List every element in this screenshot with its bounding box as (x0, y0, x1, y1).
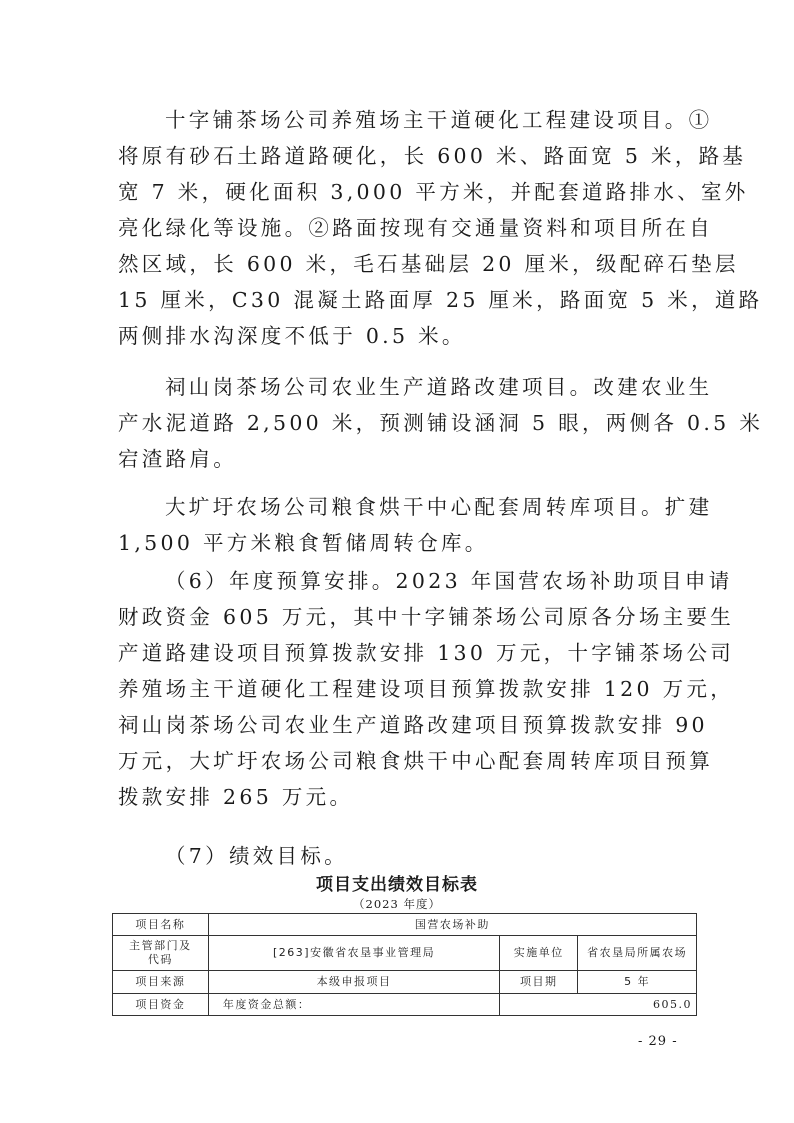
text-line: 祠山岗茶场公司农业生产道路改建项目预算拨款安排 90 (118, 707, 674, 743)
table-row-source: 项目来源 本级申报项目 项目期 5 年 (113, 971, 697, 994)
table-title: 项目支出绩效目标表 (0, 870, 794, 895)
text-line: 拨款安排 265 万元。 (118, 779, 674, 815)
cell-label: 项目来源 (113, 971, 209, 994)
text-line: 祠山岗茶场公司农业生产道路改建项目。改建农业生 (118, 369, 674, 405)
performance-goal-table: 项目名称 国营农场补助 主管部门及 代码 [263]安徽省农垦事业管理局 实施单… (112, 913, 697, 1016)
page-number: - 29 - (638, 1034, 678, 1049)
table-row-funds: 项目资金 年度资金总额： 605.0 (113, 994, 697, 1016)
cell-label: 主管部门及 代码 (113, 936, 209, 971)
text-line: 财政资金 605 万元，其中十字铺茶场公司原各分场主要生 (118, 599, 674, 635)
text-line: 1,500 平方米粮食暂储周转仓库。 (118, 525, 674, 561)
label-line: 主管部门及 (117, 939, 204, 953)
text-line: 宕渣路肩。 (118, 441, 674, 477)
text-line: 产道路建设项目预算拨款安排 130 万元，十字铺茶场公司 (118, 635, 674, 671)
table-subtitle: （2023 年度） (0, 896, 794, 912)
text-line: 养殖场主干道硬化工程建设项目预算拨款安排 120 万元， (118, 671, 674, 707)
paragraph-annual-budget: （6）年度预算安排。2023 年国营农场补助项目申请 财政资金 605 万元，其… (118, 563, 674, 815)
cell-label: 项目资金 (113, 994, 209, 1016)
paragraph-dakuangyu-warehouse: 大圹圩农场公司粮食烘干中心配套周转库项目。扩建 1,500 平方米粮食暂储周转仓… (118, 489, 674, 561)
cell-total-label: 年度资金总额： (208, 994, 499, 1016)
table-row-department: 主管部门及 代码 [263]安徽省农垦事业管理局 实施单位 省农垦局所属农场 (113, 936, 697, 971)
paragraph-shizipu-main-road: 十字铺茶场公司养殖场主干道硬化工程建设项目。① 将原有砂石土路道路硬化，长 60… (118, 102, 674, 354)
cell-value: 国营农场补助 (208, 914, 696, 936)
cell-total-value: 605.0 (500, 994, 697, 1016)
table-row-project-name: 项目名称 国营农场补助 (113, 914, 697, 936)
text-line: 亮化绿化等设施。②路面按现有交通量资料和项目所在自 (118, 210, 674, 246)
cell-label: 项目期 (500, 971, 578, 994)
text-line: 然区域，长 600 米，毛石基础层 20 厘米，级配碎石垫层 (118, 246, 674, 282)
text-line: 宽 7 米，硬化面积 3,000 平方米，并配套道路排水、室外 (118, 174, 674, 210)
document-page: 十字铺茶场公司养殖场主干道硬化工程建设项目。① 将原有砂石土路道路硬化，长 60… (0, 0, 794, 1123)
text-line: 产水泥道路 2,500 米，预测铺设涵洞 5 眼，两侧各 0.5 米 (118, 405, 674, 441)
text-line: 两侧排水沟深度不低于 0.5 米。 (118, 318, 674, 354)
text-line: （6）年度预算安排。2023 年国营农场补助项目申请 (118, 563, 674, 599)
paragraph-performance-goals: （7）绩效目标。 (118, 838, 674, 874)
text-line: 大圹圩农场公司粮食烘干中心配套周转库项目。扩建 (118, 489, 674, 525)
cell-value: 本级申报项目 (208, 971, 499, 994)
cell-value: 5 年 (578, 971, 697, 994)
cell-label: 项目名称 (113, 914, 209, 936)
cell-label: 实施单位 (500, 936, 578, 971)
text-line: 十字铺茶场公司养殖场主干道硬化工程建设项目。① (118, 102, 674, 138)
text-line: 万元，大圹圩农场公司粮食烘干中心配套周转库项目预算 (118, 743, 674, 779)
label-line: 代码 (117, 953, 204, 967)
text-line: 将原有砂石土路道路硬化，长 600 米、路面宽 5 米，路基 (118, 138, 674, 174)
text-line: （7）绩效目标。 (118, 838, 674, 874)
cell-value: [263]安徽省农垦事业管理局 (208, 936, 499, 971)
cell-value: 省农垦局所属农场 (578, 936, 697, 971)
text-line: 15 厘米，C30 混凝土路面厚 25 厘米，路面宽 5 米，道路 (118, 282, 674, 318)
paragraph-cishangang-road: 祠山岗茶场公司农业生产道路改建项目。改建农业生 产水泥道路 2,500 米，预测… (118, 369, 674, 477)
